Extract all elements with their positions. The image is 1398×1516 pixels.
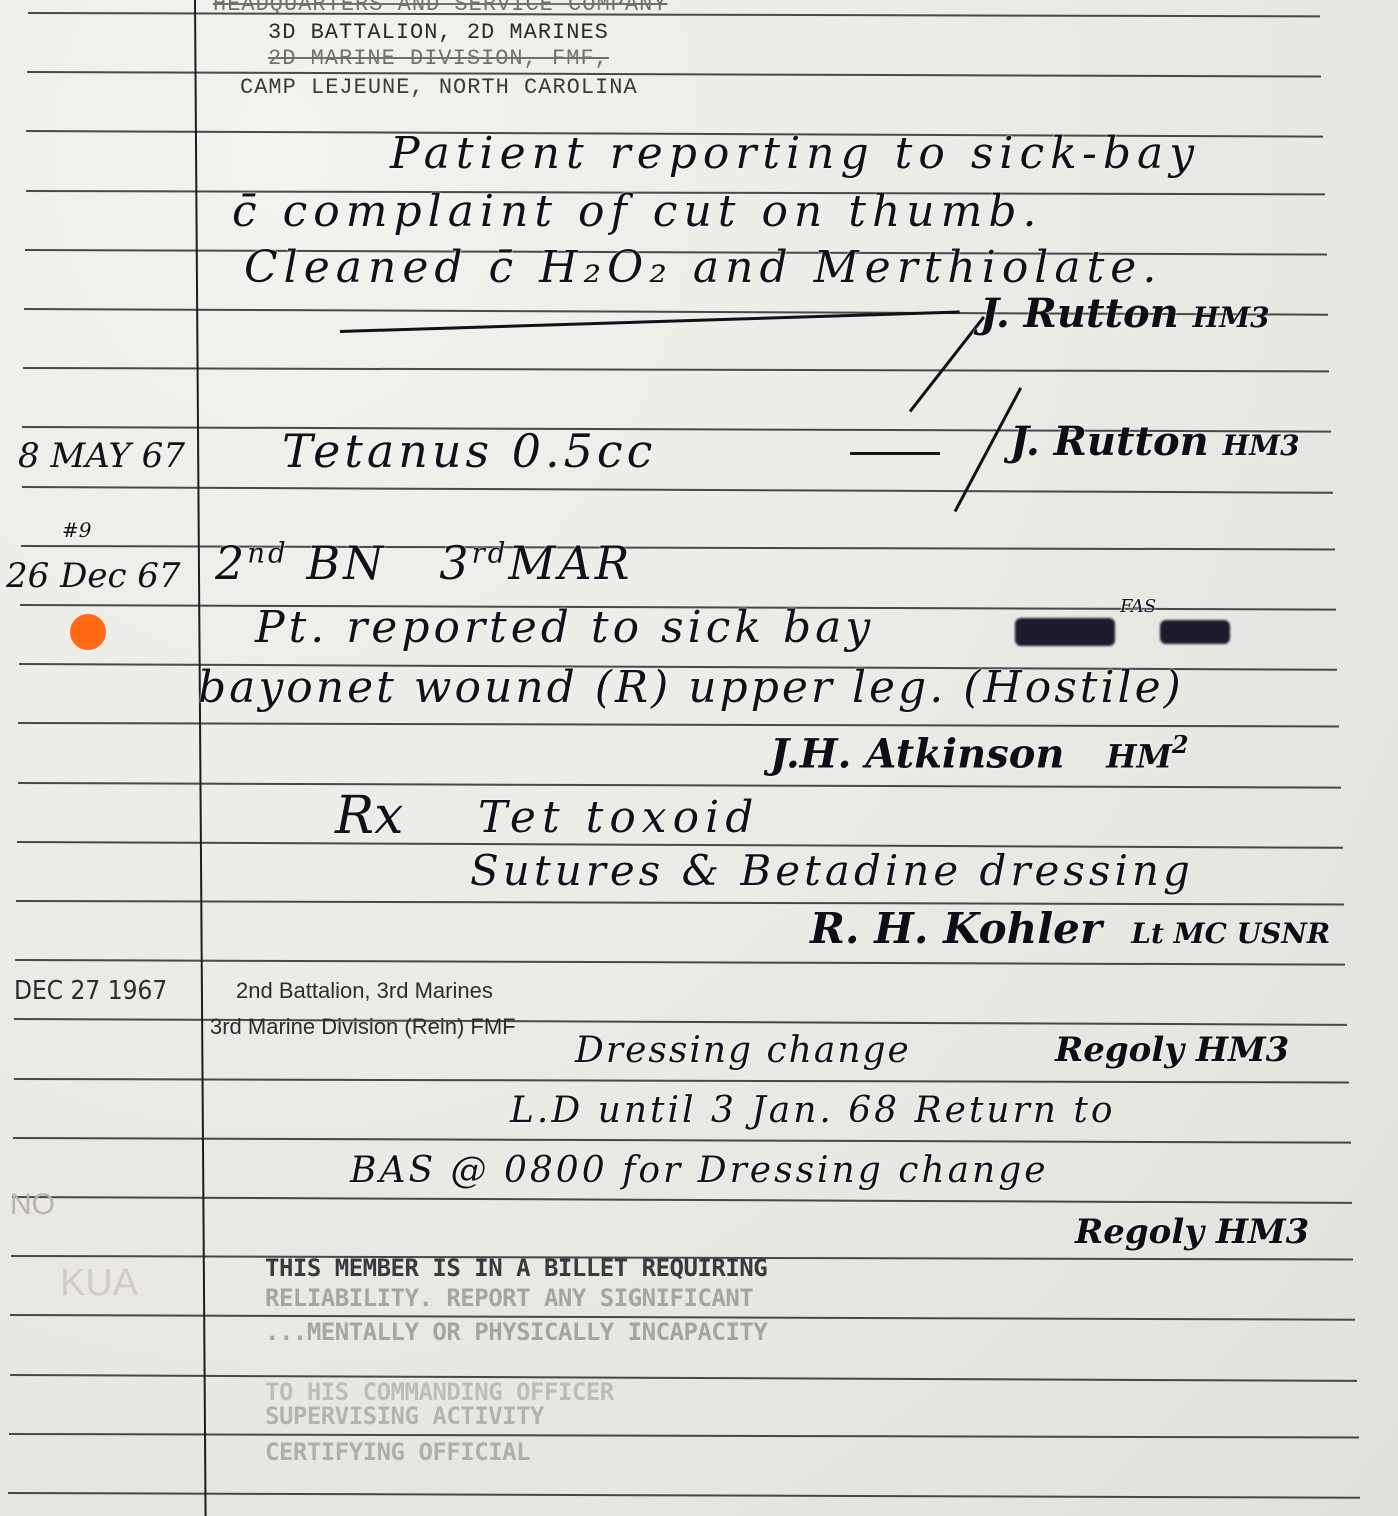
entry-3-line-1: Pt. reported to sick bay (255, 602, 874, 653)
entry-4-line-2: L.D until 3 Jan. 68 Return to (510, 1090, 1116, 1131)
ink-scribble (1160, 620, 1230, 644)
ruled-line (15, 959, 1345, 966)
ruled-line (12, 1196, 1352, 1204)
entry-4-stamp-line-1: 2nd Battalion, 3rd Marines (236, 978, 493, 1004)
reliability-line-5: SUPERVISING ACTIVITY (265, 1402, 544, 1430)
entry-3-line-2: bayonet wound (R) upper leg. (Hostile) (198, 662, 1184, 713)
entry-3-date: 26 Dec 67 (6, 556, 181, 596)
entry-1-underline (340, 311, 960, 333)
rx-line-1: Tet toxoid (478, 792, 759, 843)
reliability-line-6: CERTIFYING OFFICIAL (265, 1438, 530, 1466)
entry-4-stamp-line-2: 3rd Marine Division (Rein) FMF (210, 1014, 516, 1040)
margin-line (194, 0, 207, 1516)
ruled-line (18, 782, 1341, 789)
entry-1-line-3: Cleaned c̄ H₂O₂ and Merthiolate. (244, 242, 1162, 293)
entry-1-signature: J. Rutton HM3 (980, 290, 1270, 337)
rx-signature: R. H. Kohler Lt MC USNR (810, 904, 1330, 953)
orange-marker-dot (70, 614, 106, 650)
header-line-2: 3D BATTALION, 2D MARINES (268, 20, 609, 45)
reliability-line-2: RELIABILITY. REPORT ANY SIGNIFICANT (265, 1284, 753, 1312)
margin-ghost-text-2: KUA (60, 1262, 138, 1305)
entry-2-signature: J. Rutton HM3 (1010, 418, 1300, 465)
document-page: HEADQUARTERS AND SERVICE COMPANY 3D BATT… (0, 0, 1398, 1516)
entry-2-dash (850, 452, 940, 455)
entry-2-date: 8 MAY 67 (18, 436, 185, 476)
header-line-1: HEADQUARTERS AND SERVICE COMPANY (213, 0, 667, 17)
ruled-line (22, 486, 1333, 494)
ink-scribble (1015, 618, 1115, 646)
ruled-line (27, 71, 1321, 78)
signature-stroke (909, 316, 985, 412)
entry-4-line-3: BAS @ 0800 for Dressing change (350, 1150, 1049, 1191)
reliability-line-1: THIS MEMBER IS IN A BILLET REQUIRING (265, 1254, 767, 1282)
entry-4-line-1: Dressing change (575, 1030, 911, 1071)
entry-1-line-2: c̄ complaint of cut on thumb. (232, 186, 1043, 237)
margin-ghost-text-1: NO (10, 1188, 55, 1222)
entry-1-line-1: Patient reporting to sick-bay (390, 128, 1200, 179)
entry-3-unit-line: 2nd BN 3rdMAR (215, 536, 632, 590)
ruled-line (14, 1078, 1349, 1083)
ruled-line (10, 1374, 1357, 1382)
rx-line-2: Sutures & Betadine dressing (470, 846, 1194, 895)
entry-4-date-stamp: DEC 27 1967 (14, 976, 167, 1006)
reliability-line-3: ...MENTALLY OR PHYSICALLY INCAPACITY (265, 1318, 767, 1346)
ruled-line (18, 722, 1339, 727)
header-line-3: 2D MARINE DIVISION, FMF, (268, 46, 609, 71)
entry-2-line-1: Tetanus 0.5cc (282, 424, 656, 478)
entry-3-signature: J.H. Atkinson HM2 (770, 730, 1189, 777)
ruled-line (23, 367, 1329, 372)
rx-label: Rx (335, 786, 403, 846)
entry-4-signature-b: Regoly HM3 (1075, 1212, 1309, 1252)
entry-3-date-note: #9 (62, 518, 91, 542)
entry-4-signature-a: Regoly HM3 (1055, 1030, 1289, 1070)
ruled-line (9, 1433, 1359, 1439)
ruled-line (8, 1492, 1360, 1499)
ruled-line (13, 1137, 1351, 1144)
header-line-4: CAMP LEJEUNE, NORTH CAROLINA (240, 75, 638, 100)
overwrite-note: FAS (1120, 596, 1156, 617)
